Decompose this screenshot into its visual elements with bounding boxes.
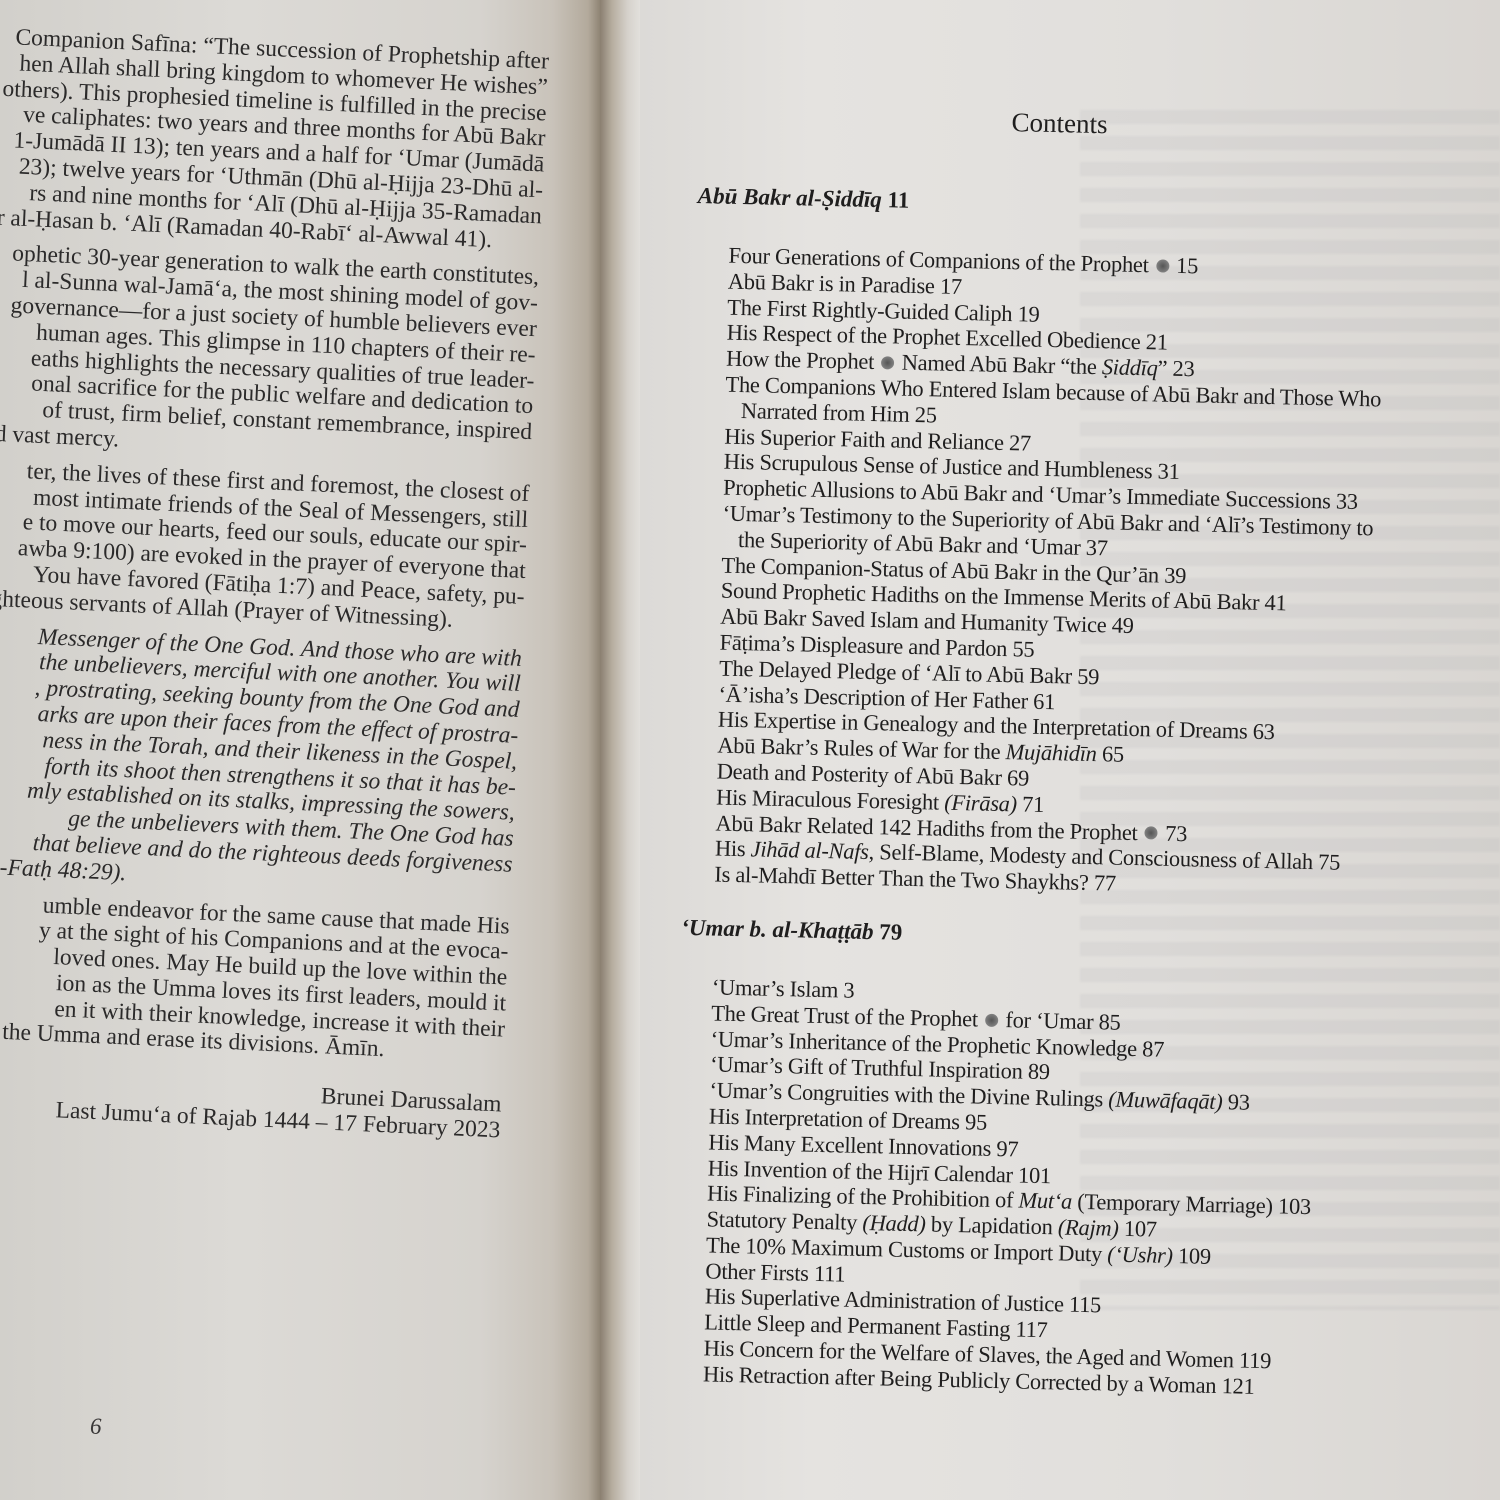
- salawat-icon: [1156, 259, 1169, 272]
- entry-page-number: 69: [1007, 765, 1029, 790]
- right-page: Contents Abū Bakr al-Ṣiddīq 11Four Gener…: [640, 0, 1500, 1500]
- section-name: Abū Bakr al-Ṣiddīq: [698, 183, 883, 212]
- entry-page-number: 97: [996, 1136, 1018, 1161]
- book-gutter: [600, 0, 640, 1500]
- preface-paragraph: umble endeavor for the same cause that m…: [0, 889, 510, 1069]
- preface-paragraph: Companion Safīna: “The succession of Pro…: [0, 24, 549, 256]
- table-of-contents: Contents Abū Bakr al-Ṣiddīq 11Four Gener…: [670, 100, 1480, 1432]
- entry-page-number: 65: [1102, 741, 1124, 766]
- entry-italic-term: (Muwāfaqāt): [1108, 1087, 1223, 1115]
- entry-page-number: 15: [1176, 253, 1198, 278]
- preface-paragraph: ophetic 30-year generation to walk the e…: [0, 240, 540, 472]
- entry-italic-term: (‘Ushr): [1107, 1241, 1173, 1267]
- left-page: Companion Safīna: “The succession of Pro…: [0, 0, 600, 1500]
- entry-page-number: 87: [1142, 1036, 1164, 1061]
- section-page-number: 79: [879, 919, 903, 945]
- page-number: 6: [90, 1414, 102, 1440]
- entry-italic-term: (Firāsa): [944, 789, 1017, 816]
- salawat-icon: [985, 1013, 998, 1026]
- entry-page-number: 103: [1278, 1194, 1311, 1220]
- toc-entry-list: Four Generations of Companions of the Pr…: [714, 243, 1476, 905]
- salawat-icon: [1145, 827, 1158, 840]
- section-page-number: 11: [887, 187, 909, 212]
- entry-page-number: 115: [1069, 1292, 1102, 1318]
- entry-page-number: 25: [915, 402, 937, 427]
- entry-italic-term: (Ḥadd): [862, 1210, 926, 1236]
- entry-page-number: 95: [965, 1109, 987, 1134]
- entry-page-number: 31: [1157, 459, 1179, 484]
- entry-page-number: 23: [1172, 356, 1194, 381]
- entry-title: ‘Umar’s Islam: [712, 974, 839, 1002]
- toc-entry-list: ‘Umar’s Islam 3The Great Trust of the Pr…: [703, 974, 1460, 1404]
- entry-page-number: 55: [1012, 636, 1034, 661]
- entry-title: His Miraculous Foresight: [716, 784, 939, 814]
- toc-sections: Abū Bakr al-Ṣiddīq 11Four Generations of…: [671, 183, 1478, 1404]
- entry-page-number: 119: [1239, 1348, 1272, 1374]
- entry-page-number: 121: [1221, 1373, 1254, 1399]
- entry-page-number: 61: [1033, 688, 1055, 713]
- signature-block: Brunei DarussalamLast Jumu‘a of Rajab 14…: [0, 1067, 502, 1144]
- contents-title: Contents: [659, 99, 1449, 148]
- entry-title: Other Firsts: [705, 1258, 809, 1285]
- entry-page-number: 107: [1124, 1216, 1157, 1242]
- entry-italic-term: (Rajm): [1058, 1215, 1119, 1241]
- entry-page-number: 93: [1228, 1089, 1250, 1114]
- entry-page-number: 77: [1094, 870, 1116, 895]
- entry-page-number: 27: [1009, 430, 1031, 455]
- entry-title-cont: by Lapidation: [931, 1212, 1053, 1240]
- entry-title-end: (Temporary Marriage): [1072, 1189, 1273, 1219]
- entry-page-number: 63: [1252, 719, 1274, 744]
- preface-text: Companion Safīna: “The succession of Pro…: [0, 24, 549, 1144]
- open-book-spread: Companion Safīna: “The succession of Pro…: [0, 0, 1500, 1500]
- entry-page-number: 85: [1098, 1009, 1120, 1034]
- entry-title-cont: for ‘Umar: [1005, 1007, 1093, 1034]
- entry-page-number: 117: [1015, 1317, 1048, 1343]
- section-name: ‘Umar b. al-Khaṭṭāb: [681, 915, 874, 944]
- entry-italic-term: Jihād al-Nafs: [750, 837, 869, 865]
- salawat-icon: [881, 356, 894, 369]
- entry-page-number: 21: [1146, 330, 1168, 355]
- entry-page-number: 37: [1086, 535, 1108, 560]
- entry-italic-term: Ṣiddīq: [1102, 354, 1158, 380]
- entry-page-number: 111: [814, 1261, 846, 1287]
- entry-italic-term: Mujāhidīn: [1005, 739, 1097, 766]
- entry-italic-term: Mut‘a: [1018, 1188, 1072, 1214]
- entry-title: Abū Bakr is in Paradise: [728, 268, 935, 298]
- toc-section-heading: Abū Bakr al-Ṣiddīq 11: [698, 183, 1478, 227]
- entry-title: Statutory Penalty: [706, 1207, 857, 1235]
- entry-page-number: 73: [1165, 820, 1187, 845]
- entry-page-number: 3: [843, 977, 855, 1002]
- preface-paragraph: Messenger of the One God. And those who …: [0, 621, 522, 904]
- entry-page-number: 49: [1111, 613, 1133, 638]
- entry-page-number: 17: [940, 273, 962, 298]
- entry-page-number: 59: [1077, 663, 1099, 688]
- entry-page-number: 41: [1264, 590, 1286, 615]
- entry-page-number: 101: [1018, 1162, 1051, 1188]
- entry-page-number: 39: [1164, 562, 1186, 587]
- entry-title-end: ”: [1157, 356, 1167, 381]
- preface-paragraph: ter, the lives of these first and foremo…: [0, 456, 530, 636]
- entry-page-number: 89: [1028, 1059, 1050, 1084]
- entry-title-cont: Named Abū Bakr “the: [901, 350, 1096, 379]
- entry-title: His: [715, 836, 746, 862]
- entry-page-number: 19: [1017, 301, 1039, 326]
- entry-page-number: 33: [1336, 489, 1358, 514]
- entry-page-number: 109: [1178, 1243, 1211, 1269]
- entry-page-number: 75: [1318, 850, 1340, 875]
- entry-title: How the Prophet: [726, 346, 875, 374]
- toc-section-heading: ‘Umar b. al-Khaṭṭāb 79: [681, 915, 1461, 959]
- entry-page-number: 71: [1022, 791, 1044, 816]
